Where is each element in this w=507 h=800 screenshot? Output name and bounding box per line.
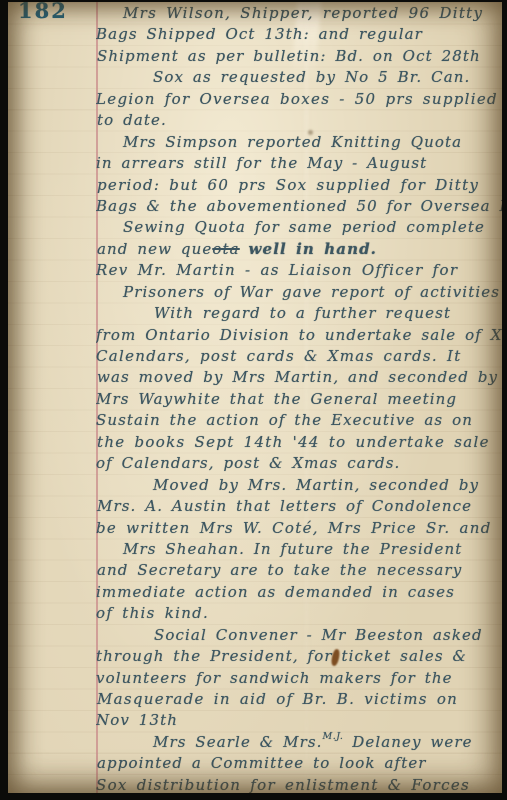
text-segment: from Ontario Division to undertake sale … bbox=[96, 326, 502, 344]
handwriting-line: Mrs Sheahan. In future the President bbox=[96, 539, 502, 560]
handwriting-line: Sox distribution for enlistment & Forces bbox=[96, 775, 502, 793]
text-segment: period: but 60 prs Sox supplied for Ditt… bbox=[97, 176, 479, 194]
text-segment: Mrs. A. Austin that letters of Condolenc… bbox=[97, 497, 472, 515]
text-segment: Nov 13th bbox=[96, 711, 178, 729]
text-segment: Bags & the abovementioned 50 for Oversea… bbox=[96, 197, 502, 215]
text-segment: Mrs Waywhite that the General meeting bbox=[96, 390, 457, 408]
text-segment: volunteers for sandwich makers for the bbox=[96, 669, 453, 687]
text-segment: of this kind. bbox=[96, 604, 209, 622]
text-segment: of Calendars, post & Xmas cards. bbox=[96, 454, 400, 472]
handwriting-line: Moved by Mrs. Martin, seconded by bbox=[96, 475, 502, 496]
text-segment: Calendars, post cards & Xmas cards. It bbox=[96, 347, 462, 365]
text-segment: appointed a Committee to look after bbox=[97, 754, 427, 772]
handwriting-line: Sox as requested by No 5 Br. Can. bbox=[96, 67, 502, 88]
handwriting-line: Mrs Simpson reported Knitting Quota bbox=[96, 132, 502, 153]
text-segment: Sox distribution for enlistment & Forces bbox=[96, 776, 470, 793]
handwriting-line: immediate action as demanded in cases bbox=[96, 582, 502, 603]
text-segment: Prisoners of War gave report of activiti… bbox=[123, 283, 500, 301]
handwriting-line: through the President, for ticket sales … bbox=[96, 646, 502, 667]
handwriting-line: and Secretary are to take the necessary bbox=[97, 560, 502, 581]
handwriting-line: Bags Shipped Oct 13th: and regular bbox=[96, 24, 502, 45]
text-segment: Mrs Wilson, Shipper, reported 96 Ditty bbox=[123, 4, 483, 22]
handwriting-line: Sustain the action of the Executive as o… bbox=[96, 410, 502, 431]
handwriting-line: of this kind. bbox=[96, 603, 502, 624]
text-segment: Mrs Searle & Mrs. bbox=[153, 733, 323, 751]
handwritten-minutes-text: Mrs Wilson, Shipper, reported 96 DittyBa… bbox=[96, 3, 502, 793]
handwriting-line: With regard to a further request bbox=[97, 303, 502, 324]
handwriting-line: Masquerade in aid of Br. B. victims on bbox=[97, 689, 502, 710]
text-segment: and Secretary are to take the necessary bbox=[97, 561, 462, 579]
scanned-minute-book-photo: { "page": { "number": "182", "colors": {… bbox=[0, 0, 507, 800]
handwriting-line: to date. bbox=[97, 110, 502, 131]
handwriting-line: Prisoners of War gave report of activiti… bbox=[96, 282, 502, 303]
handwriting-line: Nov 13th bbox=[96, 710, 502, 731]
struck-text: ota bbox=[212, 240, 239, 258]
text-segment: in arrears still for the May - August bbox=[96, 154, 427, 172]
text-segment: through the President, for ticket sales … bbox=[96, 647, 467, 665]
handwriting-line: Mrs Wilson, Shipper, reported 96 Ditty bbox=[96, 3, 502, 24]
text-segment: Bags Shipped Oct 13th: and regular bbox=[96, 25, 423, 43]
handwriting-line: and new queota well in hand. bbox=[97, 239, 502, 260]
handwriting-line: Mrs Searle & Mrs.M.J. Delaney were bbox=[96, 732, 502, 753]
text-segment: immediate action as demanded in cases bbox=[96, 583, 455, 601]
text-segment: Mrs Sheahan. In future the President bbox=[123, 540, 462, 558]
handwriting-line: appointed a Committee to look after bbox=[97, 753, 502, 774]
handwriting-line: Shipment as per bulletin: Bd. on Oct 28t… bbox=[97, 46, 502, 67]
text-segment: Masquerade in aid of Br. B. victims on bbox=[97, 690, 458, 708]
text-segment: was moved by Mrs Martin, and seconded by bbox=[97, 368, 498, 386]
text-segment: Sox as requested by No 5 Br. Can. bbox=[153, 68, 470, 86]
handwriting-line: in arrears still for the May - August bbox=[96, 153, 502, 174]
text-segment: to date. bbox=[97, 111, 167, 129]
handwriting-line: was moved by Mrs Martin, and seconded by bbox=[97, 367, 502, 388]
ledger-page: 182 Mrs Wilson, Shipper, reported 96 Dit… bbox=[8, 2, 502, 793]
text-segment: Sewing Quota for same period complete bbox=[123, 218, 485, 236]
text-segment: Legion for Oversea boxes - 50 prs suppli… bbox=[96, 90, 498, 108]
handwriting-line: Social Convener - Mr Beeston asked bbox=[97, 625, 502, 646]
text-segment: Moved by Mrs. Martin, seconded by bbox=[153, 476, 479, 494]
handwriting-line: Mrs Waywhite that the General meeting bbox=[96, 389, 502, 410]
handwriting-line: Sewing Quota for same period complete bbox=[96, 217, 502, 238]
inserted-text: M.J. bbox=[323, 731, 344, 742]
handwriting-line: of Calendars, post & Xmas cards. bbox=[96, 453, 502, 474]
paper-speck bbox=[308, 130, 313, 135]
text-segment: be written Mrs W. Coté, Mrs Price Sr. an… bbox=[96, 519, 492, 537]
text-segment bbox=[240, 240, 249, 258]
text-segment: Sustain the action of the Executive as o… bbox=[96, 411, 473, 429]
handwriting-line: Calendars, post cards & Xmas cards. It bbox=[96, 346, 502, 367]
text-segment: the books Sept 14th '44 to undertake sal… bbox=[97, 433, 490, 451]
text-segment: well in hand. bbox=[249, 240, 377, 258]
handwriting-line: Legion for Oversea boxes - 50 prs suppli… bbox=[96, 89, 502, 110]
text-segment: Social Convener - Mr Beeston asked bbox=[154, 626, 483, 644]
text-segment: Mrs Simpson reported Knitting Quota bbox=[123, 133, 462, 151]
text-segment: Shipment as per bulletin: Bd. on Oct 28t… bbox=[97, 47, 481, 65]
text-segment: Delaney were bbox=[343, 733, 472, 751]
text-segment: With regard to a further request bbox=[154, 304, 451, 322]
text-segment: and new que bbox=[97, 240, 212, 258]
handwriting-line: be written Mrs W. Coté, Mrs Price Sr. an… bbox=[96, 518, 502, 539]
handwriting-line: volunteers for sandwich makers for the bbox=[96, 668, 502, 689]
text-segment: Rev Mr. Martin - as Liaison Officer for bbox=[96, 261, 458, 279]
handwriting-line: period: but 60 prs Sox supplied for Ditt… bbox=[97, 175, 502, 196]
handwriting-line: Mrs. A. Austin that letters of Condolenc… bbox=[97, 496, 502, 517]
handwriting-line: Bags & the abovementioned 50 for Oversea… bbox=[96, 196, 502, 217]
handwriting-line: from Ontario Division to undertake sale … bbox=[96, 325, 502, 346]
handwriting-line: the books Sept 14th '44 to undertake sal… bbox=[97, 432, 502, 453]
handwriting-line: Rev Mr. Martin - as Liaison Officer for bbox=[96, 260, 502, 281]
page-number: 182 bbox=[18, 2, 68, 23]
